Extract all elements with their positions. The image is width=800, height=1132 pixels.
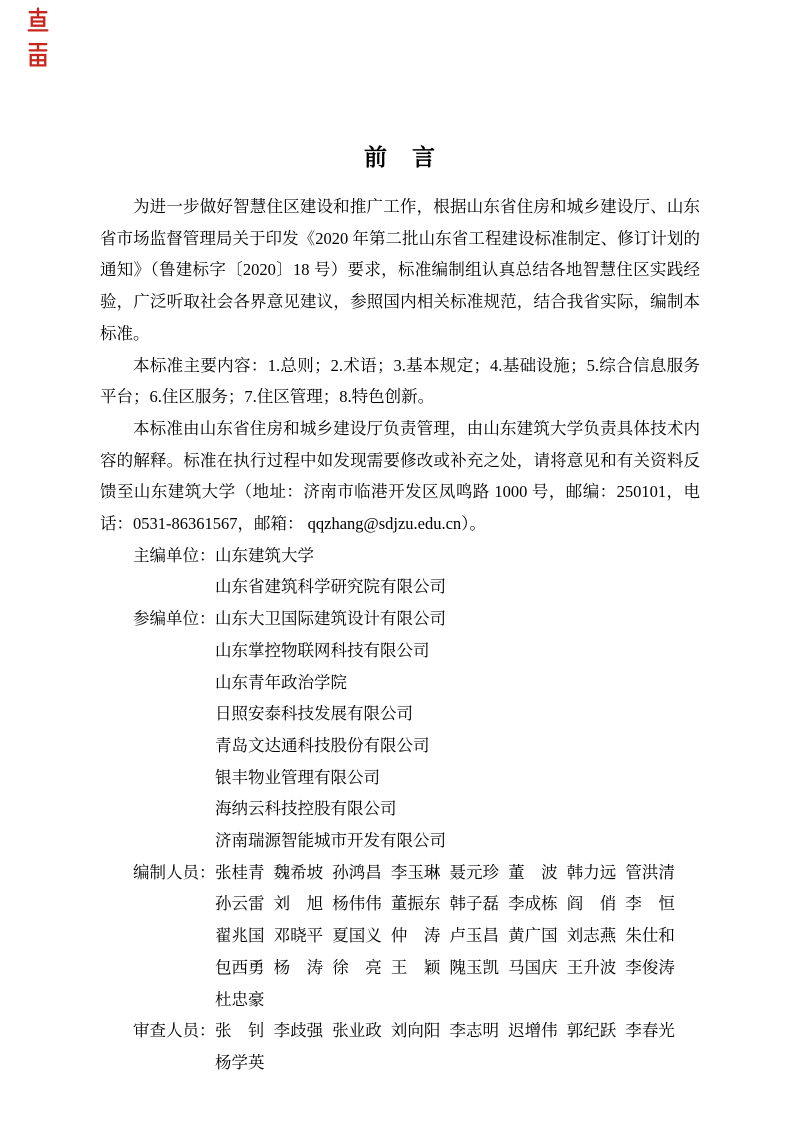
- section-chief-editing-unit: 主编单位： 山东建筑大学 山东省建筑科学研究院有限公司: [100, 540, 700, 603]
- red-seal-marks: [25, 7, 51, 68]
- preface-paragraph-3: 本标准由山东省住房和城乡建设厅负责管理，由山东建筑大学负责具体技术内容的解释。标…: [100, 413, 700, 540]
- unit-line: 日照安泰科技发展有限公司: [215, 698, 700, 730]
- unit-line: 山东建筑大学: [215, 540, 700, 572]
- page-title: 前 言: [100, 141, 700, 175]
- unit-line: 青岛文达通科技股份有限公司: [215, 730, 700, 762]
- unit-line: 山东省建筑科学研究院有限公司: [215, 571, 700, 603]
- section-participating-units: 参编单位： 山东大卫国际建筑设计有限公司 山东掌控物联网科技有限公司 山东青年政…: [100, 603, 700, 857]
- names-line: 杨学英: [215, 1047, 700, 1079]
- red-seal-mark-top: [25, 7, 51, 34]
- names-line: 翟兆国 邓晓平 夏国义 仲 涛 卢玉昌 黄广国 刘志燕 朱仕和: [215, 920, 700, 952]
- red-seal-mark-bottom: [25, 41, 51, 68]
- preface-paragraph-2: 本标准主要内容：1.总则；2.术语；3.基本规定；4.基础设施；5.综合信息服务…: [100, 350, 700, 413]
- document-content: 前 言 为进一步做好智慧住区建设和推广工作，根据山东省住房和城乡建设厅、山东省市…: [100, 141, 700, 1079]
- unit-line: 海纳云科技控股有限公司: [215, 793, 700, 825]
- preface-paragraph-1: 为进一步做好智慧住区建设和推广工作，根据山东省住房和城乡建设厅、山东省市场监督管…: [100, 191, 700, 350]
- unit-line: 山东大卫国际建筑设计有限公司: [215, 603, 700, 635]
- unit-line: 山东青年政治学院: [215, 667, 700, 699]
- section-label: 参编单位：: [133, 603, 216, 635]
- section-review-staff: 审查人员： 张 钊 李歧强 张业政 刘向阳 李志明 迟增伟 郭纪跃 李春光 杨学…: [100, 1015, 700, 1078]
- section-label: 审查人员：: [133, 1015, 216, 1047]
- names-line: 包西勇 杨 涛 徐 亮 王 颖 隗玉凯 马国庆 王升波 李俊涛: [215, 952, 700, 984]
- section-label: 主编单位：: [133, 540, 216, 572]
- unit-line: 山东掌控物联网科技有限公司: [215, 635, 700, 667]
- unit-line: 济南瑞源智能城市开发有限公司: [215, 825, 700, 857]
- names-line: 杜忠豪: [215, 984, 700, 1016]
- names-line: 张桂青 魏希坡 孙鸿昌 李玉琳 聂元珍 董 波 韩力远 管洪清: [215, 857, 700, 889]
- names-line: 孙云雷 刘 旭 杨伟伟 董振东 韩子磊 李成栋 阎 俏 李 恒: [215, 888, 700, 920]
- names-line: 张 钊 李歧强 张业政 刘向阳 李志明 迟增伟 郭纪跃 李春光: [215, 1015, 700, 1047]
- document-page: 前 言 为进一步做好智慧住区建设和推广工作，根据山东省住房和城乡建设厅、山东省市…: [0, 0, 800, 1132]
- section-label: 编制人员：: [133, 857, 216, 889]
- unit-line: 银丰物业管理有限公司: [215, 762, 700, 794]
- section-drafting-staff: 编制人员： 张桂青 魏希坡 孙鸿昌 李玉琳 聂元珍 董 波 韩力远 管洪清 孙云…: [100, 857, 700, 1016]
